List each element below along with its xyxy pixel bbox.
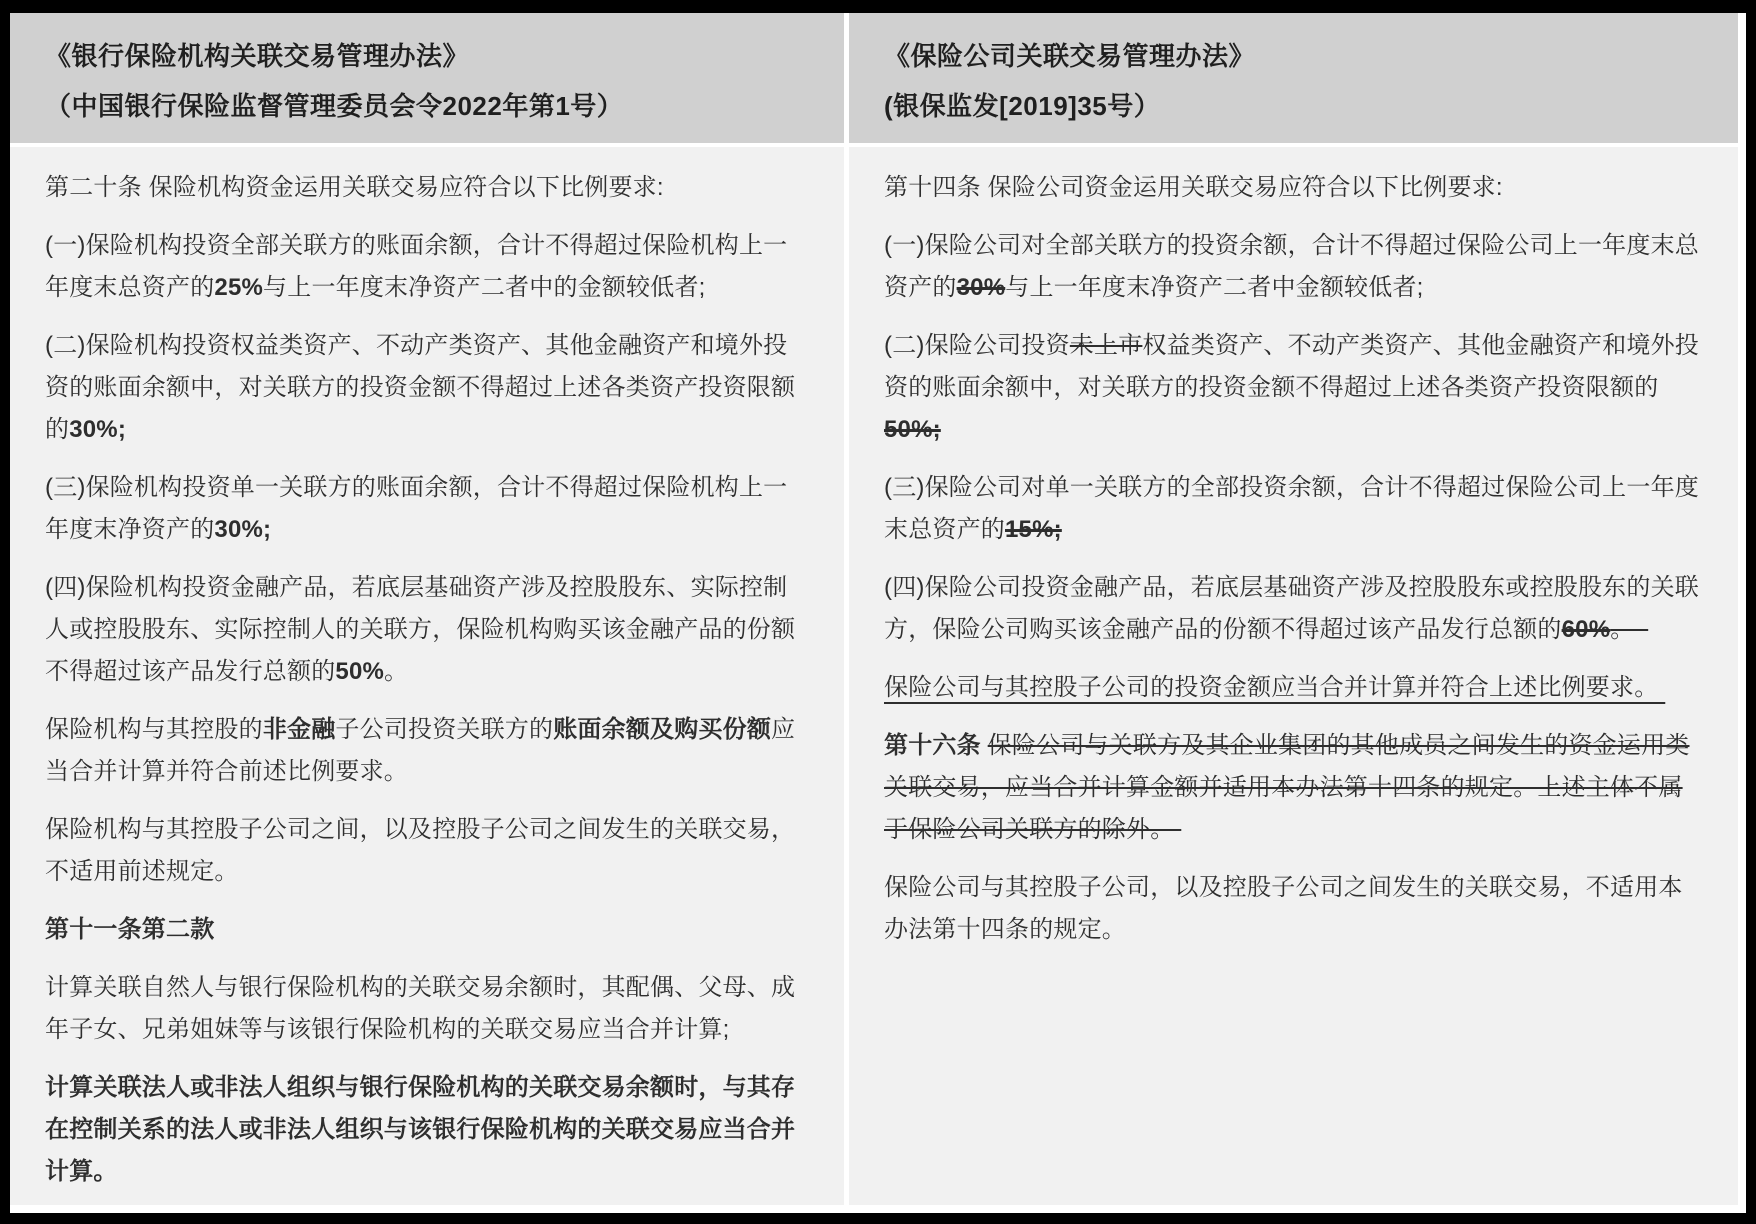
paragraph-article-11-natural-persons: 计算关联自然人与银行保险机构的关联交易余额时，其配偶、父母、成年子女、兄弟姐妹等… [45, 967, 810, 1051]
regulation-comparison-page: 《银行保险机构关联交易管理办法》 （中国银行保险监督管理委员会令2022年第1号… [0, 0, 1756, 1224]
text-run: 第二十条 保险机构资金运用关联交易应符合以下比例要求: [45, 174, 664, 201]
paragraph-article-14-exemption: 保险公司与其控股子公司，以及控股子公司之间发生的关联交易，不适用本办法第十四条的… [884, 867, 1704, 951]
text-run: 计算关联法人或非法人组织与银行保险机构的关联交易余额时，与其存在控制关系的法人或… [45, 1074, 795, 1185]
body-cell-2019-provisions: 第十四条 保险公司资金运用关联交易应符合以下比例要求: (一)保险公司对全部关联… [849, 147, 1738, 1205]
text-run: 第十一条第二款 [45, 916, 214, 943]
doc-number-2019: (银保监发[2019]35号） [884, 81, 1704, 131]
text-run: 60% [1562, 616, 1611, 643]
doc-number-2022: （中国银行保险监督管理委员会令2022年第1号） [45, 81, 810, 131]
document-canvas: 《银行保险机构关联交易管理办法》 （中国银行保险监督管理委员会令2022年第1号… [10, 13, 1746, 1213]
paragraph-article-14-item-4: (四)保险公司投资金融产品，若底层基础资产涉及控股股东或控股股东的关联方，保险公… [884, 567, 1704, 651]
header-row: 《银行保险机构关联交易管理办法》 （中国银行保险监督管理委员会令2022年第1号… [10, 13, 1738, 143]
text-run: 第十四条 保险公司资金运用关联交易应符合以下比例要求: [884, 174, 1503, 201]
paragraph-article-20-item-2: (二)保险机构投资权益类资产、不动产类资产、其他金融资产和境外投资的账面余额中，… [45, 325, 810, 451]
text-run: 保险公司与其控股子公司的投资金额应当合并计算并符合上述比例要求。 [884, 674, 1665, 701]
header-cell-2022-measures: 《银行保险机构关联交易管理办法》 （中国银行保险监督管理委员会令2022年第1号… [10, 13, 844, 143]
doc-title-2019: 《保险公司关联交易管理办法》 [884, 31, 1704, 81]
text-run: 50% [335, 658, 384, 685]
body-cell-2022-provisions: 第二十条 保险机构资金运用关联交易应符合以下比例要求: (一)保险机构投资全部关… [10, 147, 844, 1205]
doc-title-2022: 《银行保险机构关联交易管理办法》 [45, 31, 810, 81]
text-run: 保险机构与其控股的 [45, 716, 263, 743]
text-run: 未上市 [1070, 332, 1143, 359]
text-run: 账面余额及购买份额 [553, 716, 771, 743]
text-run: 。 [1610, 616, 1648, 643]
text-run: (三)保险机构投资单一关联方的账面余额，合计不得超过保险机构上一年度末净资产的 [45, 474, 787, 543]
text-run: 保险公司与关联方及其企业集团的其他成员之间发生的资金运用类关联交易，应当合并计算… [884, 732, 1689, 843]
text-run: 与上一年度末净资产二者中金额较低者; [1005, 274, 1423, 301]
header-cell-2019-measures: 《保险公司关联交易管理办法》 (银保监发[2019]35号） [849, 13, 1738, 143]
paragraph-article-14-intro: 第十四条 保险公司资金运用关联交易应符合以下比例要求: [884, 167, 1704, 209]
text-run: 保险机构与其控股子公司之间，以及控股子公司之间发生的关联交易，不适用前述规定。 [45, 816, 795, 885]
text-run: 第十六条 [884, 732, 988, 759]
paragraph-article-20-exemption: 保险机构与其控股子公司之间，以及控股子公司之间发生的关联交易，不适用前述规定。 [45, 809, 810, 893]
text-run: 25% [214, 274, 263, 301]
text-run: (四)保险机构投资金融产品，若底层基础资产涉及控股股东、实际控制人或控股股东、实… [45, 574, 795, 685]
text-run: 30%; [69, 416, 126, 443]
text-run: 50%; [884, 416, 941, 443]
paragraph-article-14-consolidation: 保险公司与其控股子公司的投资金额应当合并计算并符合上述比例要求。 [884, 667, 1704, 709]
comparison-table: 《银行保险机构关联交易管理办法》 （中国银行保险监督管理委员会令2022年第1号… [10, 13, 1738, 1205]
paragraph-article-20-item-4: (四)保险机构投资金融产品，若底层基础资产涉及控股股东、实际控制人或控股股东、实… [45, 567, 810, 693]
text-run: 15%; [1005, 516, 1062, 543]
paragraph-article-20-item-1: (一)保险机构投资全部关联方的账面余额，合计不得超过保险机构上一年度末总资产的2… [45, 225, 810, 309]
text-run: 保险公司与其控股子公司，以及控股子公司之间发生的关联交易，不适用本办法第十四条的… [884, 874, 1683, 943]
text-run: 30%; [214, 516, 271, 543]
paragraph-article-14-item-3: (三)保险公司对单一关联方的全部投资余额，合计不得超过保险公司上一年度末总资产的… [884, 467, 1704, 551]
text-run: 子公司投资关联方的 [335, 716, 553, 743]
body-row: 第二十条 保险机构资金运用关联交易应符合以下比例要求: (一)保险机构投资全部关… [10, 147, 1738, 1205]
text-run: 30% [957, 274, 1006, 301]
paragraph-article-20-consolidation: 保险机构与其控股的非金融子公司投资关联方的账面余额及购买份额应当合并计算并符合前… [45, 709, 810, 793]
paragraph-article-16-struck: 第十六条 保险公司与关联方及其企业集团的其他成员之间发生的资金运用类关联交易，应… [884, 725, 1704, 851]
text-run: 非金融 [263, 716, 336, 743]
text-run: 。 [384, 658, 408, 685]
text-run: (二)保险机构投资权益类资产、不动产类资产、其他金融资产和境外投资的账面余额中，… [45, 332, 795, 443]
text-run: 与上一年度末净资产二者中的金额较低者; [263, 274, 705, 301]
paragraph-article-20-item-3: (三)保险机构投资单一关联方的账面余额，合计不得超过保险机构上一年度末净资产的3… [45, 467, 810, 551]
text-run: (二)保险公司投资 [884, 332, 1070, 359]
paragraph-article-20-intro: 第二十条 保险机构资金运用关联交易应符合以下比例要求: [45, 167, 810, 209]
paragraph-article-11-heading: 第十一条第二款 [45, 909, 810, 951]
paragraph-article-14-item-1: (一)保险公司对全部关联方的投资余额，合计不得超过保险公司上一年度末总资产的30… [884, 225, 1704, 309]
text-run: 计算关联自然人与银行保险机构的关联交易余额时，其配偶、父母、成年子女、兄弟姐妹等… [45, 974, 795, 1043]
paragraph-article-14-item-2: (二)保险公司投资未上市权益类资产、不动产类资产、其他金融资产和境外投资的账面余… [884, 325, 1704, 451]
paragraph-article-11-legal-persons: 计算关联法人或非法人组织与银行保险机构的关联交易余额时，与其存在控制关系的法人或… [45, 1067, 810, 1193]
